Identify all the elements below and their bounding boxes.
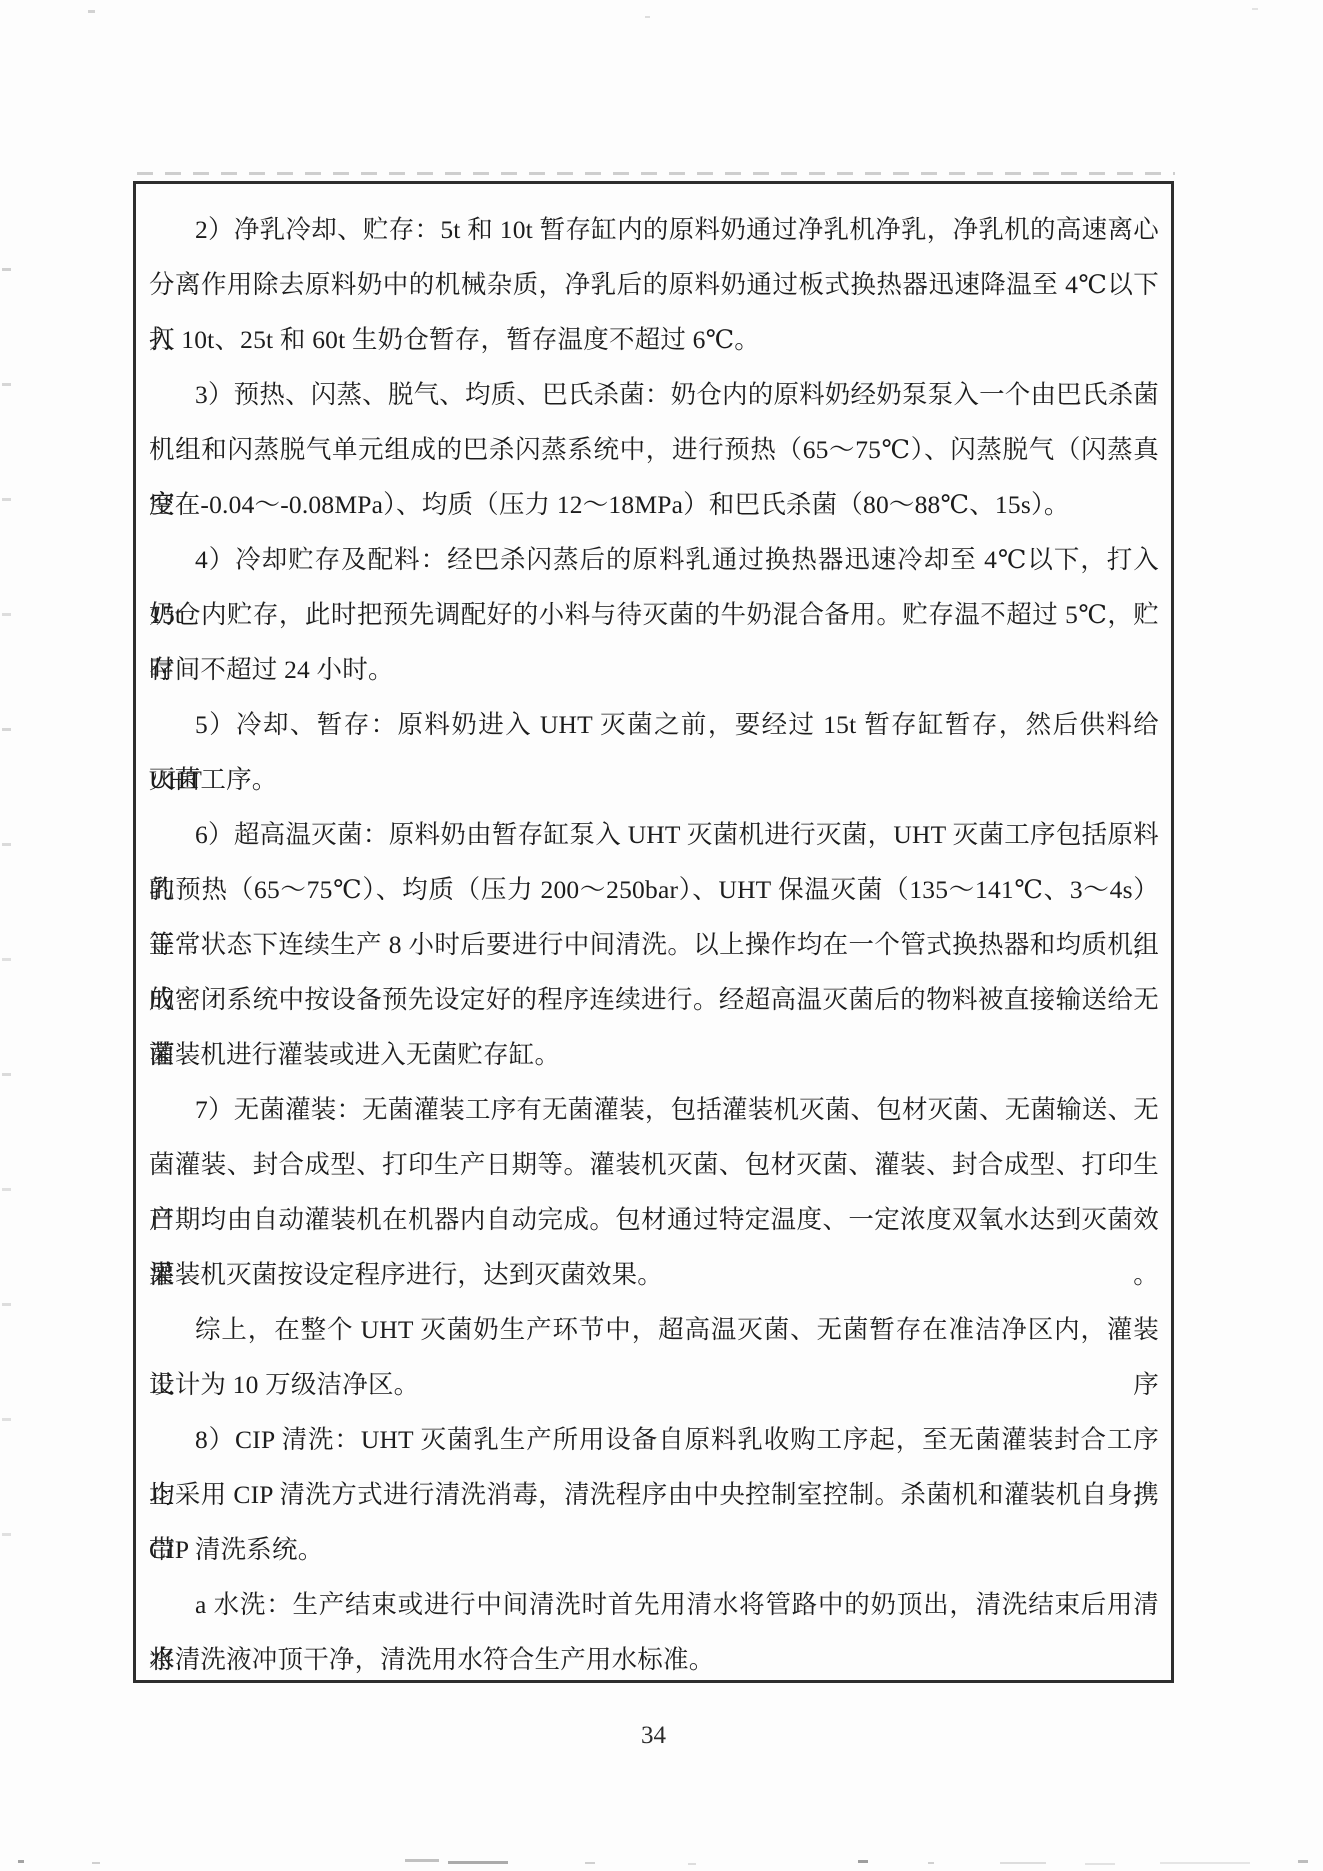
scanned-page: 2）净乳冷却、贮存：5t 和 10t 暂存缸内的原料奶通过净乳机净乳，净乳机的高… (0, 0, 1323, 1871)
text-line: 将清洗液冲顶干净，清洗用水符合生产用水标准。 (149, 1632, 1159, 1683)
scan-artifact (2, 613, 11, 616)
text-line: 8）CIP 清洗：UHT 灭菌乳生产所用设备自原料乳收购工序起，至无菌灌装封合工… (149, 1412, 1159, 1467)
scan-artifact (2, 843, 11, 846)
scan-artifact (928, 1862, 934, 1864)
scan-artifact (1252, 8, 1258, 10)
text-line: CIP 清洗系统。 (149, 1522, 1159, 1577)
document-frame: 2）净乳冷却、贮存：5t 和 10t 暂存缸内的原料奶通过净乳机净乳，净乳机的高… (133, 181, 1174, 1683)
text-line: 灌装机进行灌装或进入无菌贮存缸。 (149, 1027, 1159, 1082)
text-line: 菌灌装、封合成型、打印生产日期等。灌装机灭菌、包材灭菌、灌装、封合成型、打印生产 (149, 1137, 1159, 1192)
scan-artifact (2, 1073, 11, 1076)
text-line: 3）预热、闪蒸、脱气、均质、巴氏杀菌：奶仓内的原料奶经奶泵泵入一个由巴氏杀菌 (149, 367, 1159, 422)
scan-artifact (1085, 1863, 1115, 1865)
text-line: 度在-0.04～-0.08MPa）、均质（压力 12～18MPa）和巴氏杀菌（8… (149, 477, 1159, 532)
scan-artifact (92, 1862, 100, 1864)
scan-artifact (2, 1303, 11, 1306)
scan-artifact (2, 1533, 11, 1536)
scan-artifact (18, 1860, 24, 1863)
text-line: 均采用 CIP 清洗方式进行清洗消毒，清洗程序由中央控制室控制。杀菌机和灌装机自… (149, 1467, 1159, 1522)
text-line: 入 10t、25t 和 60t 生奶仓暂存，暂存温度不超过 6℃。 (149, 312, 1159, 367)
scan-artifact (1160, 1862, 1250, 1864)
text-line: 的预热（65～75℃）、均质（压力 200～250bar）、UHT 保温灭菌（1… (149, 862, 1159, 917)
scan-artifact (2, 958, 11, 961)
text-line: 日期均由自动灌装机在机器内自动完成。包材通过特定温度、一定浓度双氧水达到灭菌效果… (149, 1192, 1159, 1247)
text-line: 正常状态下连续生产 8 小时后要进行中间清洗。以上操作均在一个管式换热器和均质机… (149, 917, 1159, 972)
text-line: 时间不超过 24 小时。 (149, 642, 1159, 697)
scan-artifact (2, 728, 11, 731)
scan-artifact (137, 172, 1175, 175)
text-line: 6）超高温灭菌：原料奶由暂存缸泵入 UHT 灭菌机进行灭菌，UHT 灭菌工序包括… (149, 807, 1159, 862)
text-line: 4）冷却贮存及配料：经巴杀闪蒸后的原料乳通过换热器迅速冷却至 4℃以下，打入 1… (149, 532, 1159, 587)
text-line: 的密闭系统中按设备预先设定好的程序连续进行。经超高温灭菌后的物料被直接输送给无菌 (149, 972, 1159, 1027)
text-line: 7）无菌灌装：无菌灌装工序有无菌灌装，包括灌装机灭菌、包材灭菌、无菌输送、无 (149, 1082, 1159, 1137)
scan-artifact (2, 1418, 11, 1421)
text-line: 2）净乳冷却、贮存：5t 和 10t 暂存缸内的原料奶通过净乳机净乳，净乳机的高… (149, 202, 1159, 257)
scan-artifact (2, 1188, 11, 1191)
scan-artifact (585, 1862, 595, 1864)
text-line: 5）冷却、暂存：原料奶进入 UHT 灭菌之前，要经过 15t 暂存缸暂存，然后供… (149, 697, 1159, 752)
scan-artifact (88, 10, 95, 13)
scan-artifact (858, 1860, 868, 1863)
text-line: 机组和闪蒸脱气单元组成的巴杀闪蒸系统中，进行预热（65～75℃）、闪蒸脱气（闪蒸… (149, 422, 1159, 477)
text-line: a 水洗：生产结束或进行中间清洗时首先用清水将管路中的奶顶出，清洗结束后用清水 (149, 1577, 1159, 1632)
page-number: 34 (133, 1716, 1174, 1756)
scan-artifact (448, 1861, 508, 1864)
text-line: 分离作用除去原料奶中的机械杂质，净乳后的原料奶通过板式换热器迅速降温至 4℃以下… (149, 257, 1159, 312)
scan-artifact (2, 383, 11, 386)
scan-artifact (405, 1859, 439, 1862)
text-line: 灭菌工序。 (149, 752, 1159, 807)
text-line: 奶仓内贮存，此时把预先调配好的小料与待灭菌的牛奶混合备用。贮存温不超过 5℃，贮… (149, 587, 1159, 642)
scan-artifact (688, 1863, 696, 1865)
scan-artifact (2, 498, 11, 501)
scan-artifact (2, 268, 11, 271)
scan-artifact (1298, 1860, 1308, 1863)
scan-artifact (1000, 1862, 1046, 1864)
text-line: 综上，在整个 UHT 灭菌奶生产环节中，超高温灭菌、无菌暂存在准洁净区内，灌装工… (149, 1302, 1159, 1357)
scan-artifact (645, 16, 650, 18)
